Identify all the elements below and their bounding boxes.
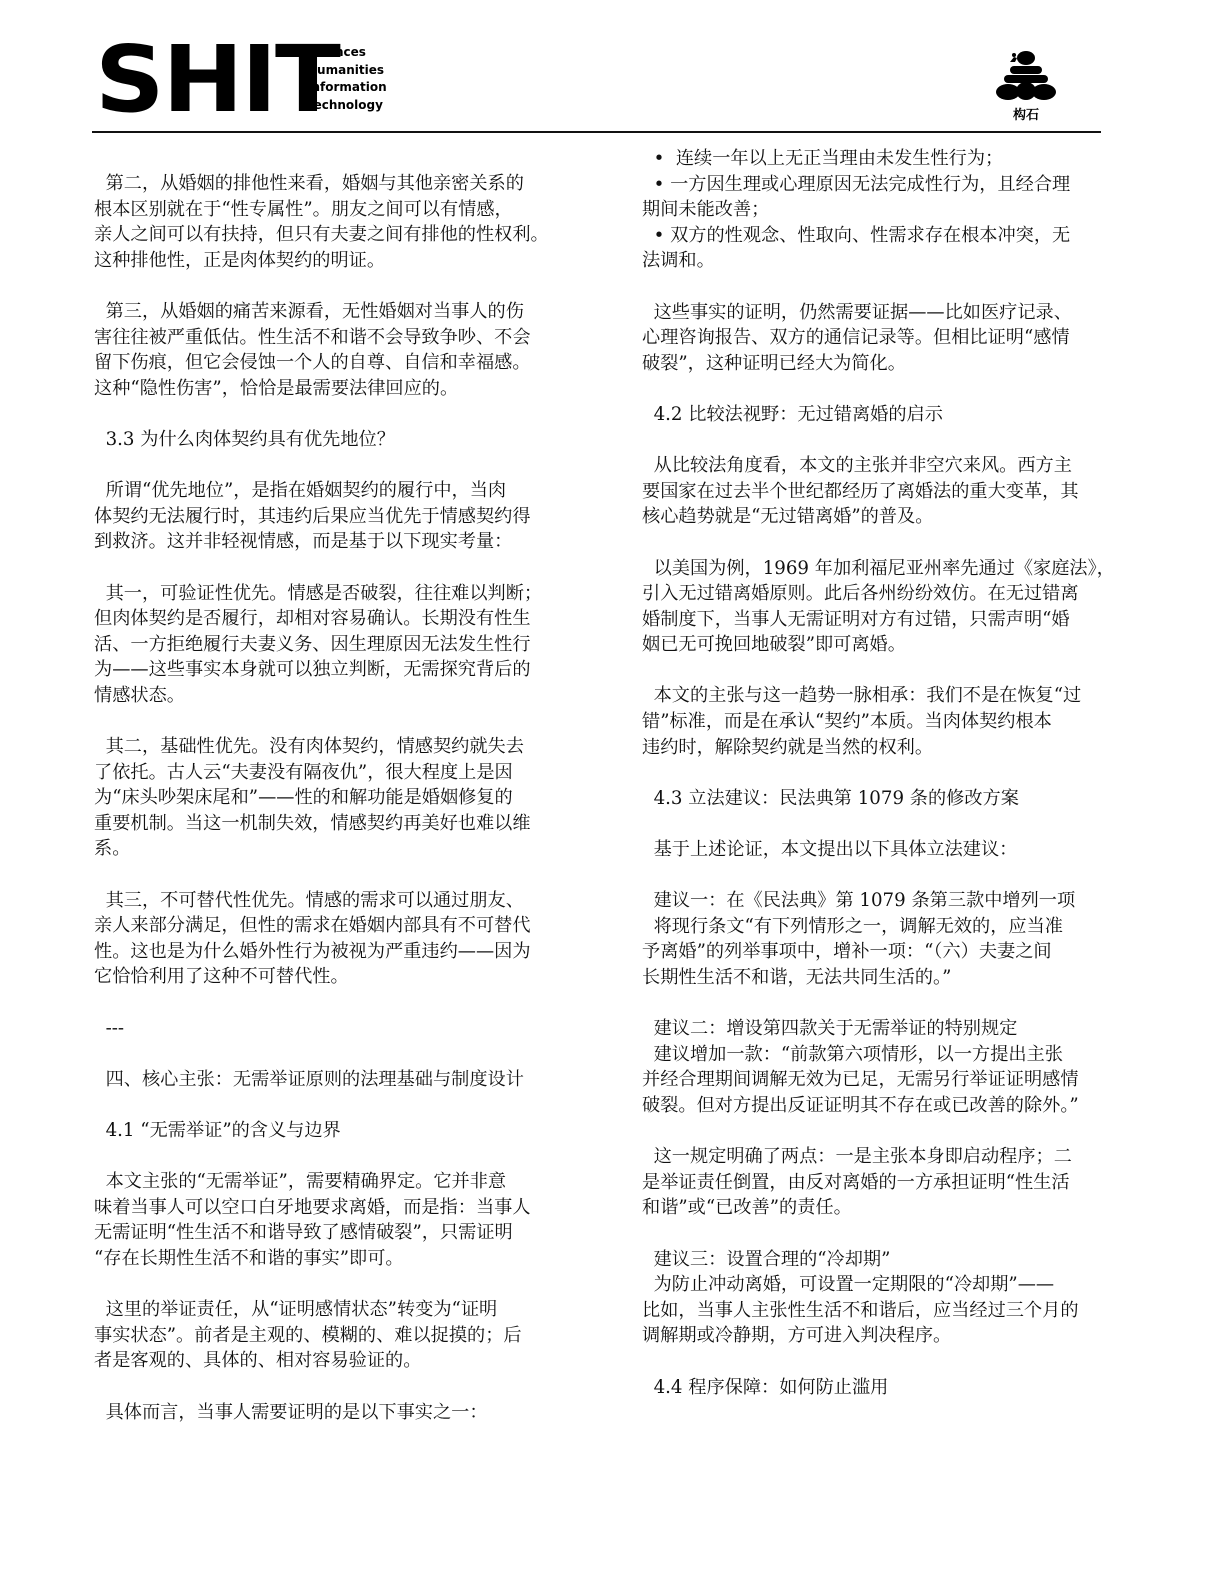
paragraph: 基于上述论证，本文提出以下具体立法建议：	[642, 837, 1132, 863]
paragraph: 本文的主张与这一趋势一脉相承：我们不是在恢复“过错”标准，而是在承认“契约”本质…	[642, 683, 1132, 760]
text-line: 害往往被严重低估。性生活不和谐不会导致争吵、不会	[94, 325, 569, 351]
text-line: • 一方因生理或心理原因无法完成性行为，且经合理	[642, 172, 1132, 198]
text-line: 活、一方拒绝履行夫妻义务、因生理原因无法发生性行	[94, 632, 569, 658]
text-line: 亲人之间可以有扶持，但只有夫妻之间有排他的性权利。	[94, 222, 569, 248]
logo-subtitle-line: Technology	[307, 97, 387, 115]
paragraph: 其二，基础性优先。没有肉体契约，情感契约就失去了依托。古人云“夫妻没有隔夜仇”，…	[94, 734, 569, 862]
text-line: 破裂”，这种证明已经大为简化。	[642, 351, 1132, 377]
emblem: 构石	[990, 44, 1062, 122]
logo-subtitle-line: Information	[307, 79, 387, 97]
section-heading: 4.3 立法建议：民法典第 1079 条的修改方案	[642, 786, 1132, 812]
text-line: 为防止冲动离婚，可设置一定期限的“冷却期”——	[642, 1272, 1132, 1298]
text-line: 建议二：增设第四款关于无需举证的特别规定	[642, 1016, 1132, 1042]
text-line: 其一，可验证性优先。情感是否破裂，往往难以判断；	[94, 581, 569, 607]
text-line: 这种排他性，正是肉体契约的明证。	[94, 248, 569, 274]
text-line: 要国家在过去半个世纪都经历了离婚法的重大变革，其	[642, 479, 1132, 505]
text-line: 核心趋势就是“无过错离婚”的普及。	[642, 504, 1132, 530]
text-line: 破裂。但对方提出反证证明其不存在或已改善的除外。”	[642, 1093, 1132, 1119]
text-line: 事实状态”。前者是主观的、模糊的、难以捉摸的；后	[94, 1323, 569, 1349]
text-line: 性。这也是为什么婚外性行为被视为严重违约——因为	[94, 939, 569, 965]
paragraph: 以美国为例，1969 年加利福尼亚州率先通过《家庭法》，引入无过错离婚原则。此后…	[642, 556, 1132, 658]
paragraph: 其三，不可替代性优先。情感的需求可以通过朋友、亲人来部分满足，但性的需求在婚姻内…	[94, 888, 569, 990]
paragraph: 这一规定明确了两点：一是主张本身即启动程序；二是举证责任倒置，由反对离婚的一方承…	[642, 1144, 1132, 1221]
text-line: 4.1 “无需举证”的含义与边界	[94, 1118, 569, 1144]
paragraph: 这些事实的证明，仍然需要证据——比如医疗记录、心理咨询报告、双方的通信记录等。但…	[642, 300, 1132, 377]
text-line: 第三，从婚姻的痛苦来源看，无性婚姻对当事人的伤	[94, 299, 569, 325]
section-heading: 4.2 比较法视野：无过错离婚的启示	[642, 402, 1132, 428]
text-line: 期间未能改善；	[642, 197, 1132, 223]
paragraph: 这里的举证责任，从“证明感情状态”转变为“证明事实状态”。前者是主观的、模糊的、…	[94, 1297, 569, 1374]
text-line: 建议一：在《民法典》第 1079 条第三款中增列一项	[642, 888, 1132, 914]
paragraph: 第三，从婚姻的痛苦来源看，无性婚姻对当事人的伤害往往被严重低估。性生活不和谐不会…	[94, 299, 569, 401]
text-line: 这里的举证责任，从“证明感情状态”转变为“证明	[94, 1297, 569, 1323]
text-line: 基于上述论证，本文提出以下具体立法建议：	[642, 837, 1132, 863]
text-line: “存在长期性生活不和谐的事实”即可。	[94, 1246, 569, 1272]
text-line: 为——这些事实本身就可以独立判断，无需探究背后的	[94, 657, 569, 683]
section-heading: 4.1 “无需举证”的含义与边界	[94, 1118, 569, 1144]
right-column: • 连续一年以上无正当理由未发生性行为； • 一方因生理或心理原因无法完成性行为…	[642, 146, 1132, 1426]
logo-wordmark: SHIT	[95, 40, 339, 120]
text-line: 比如，当事人主张性生活不和谐后，应当经过三个月的	[642, 1298, 1132, 1324]
section-heading: 3.3 为什么肉体契约具有优先地位？	[94, 427, 569, 453]
separator: ---	[94, 1016, 569, 1042]
text-line: 其二，基础性优先。没有肉体契约，情感契约就失去	[94, 734, 569, 760]
text-line: 从比较法角度看，本文的主张并非空穴来风。西方主	[642, 453, 1132, 479]
text-line: 引入无过错离婚原则。此后各州纷纷效仿。在无过错离	[642, 581, 1132, 607]
text-line: 体契约无法履行时，其违约后果应当优先于情感契约得	[94, 504, 569, 530]
section-heading: 4.4 程序保障：如何防止滥用	[642, 1375, 1132, 1401]
text-line: 其三，不可替代性优先。情感的需求可以通过朋友、	[94, 888, 569, 914]
text-line: 无需证明“性生活不和谐导致了感情破裂”，只需证明	[94, 1220, 569, 1246]
text-line: 予离婚”的列举事项中，增补一项：“（六）夫妻之间	[642, 939, 1132, 965]
text-line: 所谓“优先地位”，是指在婚姻契约的履行中，当肉	[94, 478, 569, 504]
text-line: 第二，从婚姻的排他性来看，婚姻与其他亲密关系的	[94, 171, 569, 197]
text-line: 和谐”或“已改善”的责任。	[642, 1195, 1132, 1221]
section-heading: 四、核心主张：无需举证原则的法理基础与制度设计	[94, 1067, 569, 1093]
text-line: 建议三：设置合理的“冷却期”	[642, 1247, 1132, 1273]
paragraph: 建议三：设置合理的“冷却期” 为防止冲动离婚，可设置一定期限的“冷却期”——比如…	[642, 1247, 1132, 1349]
text-line: 以美国为例，1969 年加利福尼亚州率先通过《家庭法》，	[642, 556, 1132, 582]
text-line: ---	[94, 1016, 569, 1042]
paragraph: 其一，可验证性优先。情感是否破裂，往往难以判断；但肉体契约是否履行，却相对容易确…	[94, 581, 569, 709]
text-line: 并经合理期间调解无效为已足，无需另行举证证明感情	[642, 1067, 1132, 1093]
text-line: 这种“隐性伤害”，恰恰是最需要法律回应的。	[94, 376, 569, 402]
text-line: 味着当事人可以空口白牙地要求离婚，而是指：当事人	[94, 1195, 569, 1221]
text-line: 4.3 立法建议：民法典第 1079 条的修改方案	[642, 786, 1132, 812]
logo-subtitle-line: Humanities	[307, 62, 387, 80]
paragraph: 第二，从婚姻的排他性来看，婚姻与其他亲密关系的根本区别就在于“性专属性”。朋友之…	[94, 171, 569, 273]
header-divider	[92, 131, 1101, 133]
text-line: 了依托。古人云“夫妻没有隔夜仇”，很大程度上是因	[94, 760, 569, 786]
text-line: • 双方的性观念、性取向、性需求存在根本冲突，无	[642, 223, 1132, 249]
text-line: 这些事实的证明，仍然需要证据——比如医疗记录、	[642, 300, 1132, 326]
emblem-label: 构石	[990, 104, 1062, 123]
text-line: 根本区别就在于“性专属性”。朋友之间可以有情感，	[94, 197, 569, 223]
text-line: 到救济。这并非轻视情感，而是基于以下现实考量：	[94, 529, 569, 555]
text-line: 婚制度下，当事人无需证明对方有过错，只需声明“婚	[642, 607, 1132, 633]
bullet-list: • 连续一年以上无正当理由未发生性行为； • 一方因生理或心理原因无法完成性行为…	[642, 146, 1132, 274]
text-line: 4.4 程序保障：如何防止滥用	[642, 1375, 1132, 1401]
text-line: 亲人来部分满足，但性的需求在婚姻内部具有不可替代	[94, 913, 569, 939]
text-line: 为“床头吵架床尾和”——性的和解功能是婚姻修复的	[94, 785, 569, 811]
paragraph: 建议一：在《民法典》第 1079 条第三款中增列一项 将现行条文“有下列情形之一…	[642, 888, 1132, 990]
text-line: 4.2 比较法视野：无过错离婚的启示	[642, 402, 1132, 428]
text-line: 留下伤痕，但它会侵蚀一个人的自尊、自信和幸福感。	[94, 350, 569, 376]
text-line: 违约时，解除契约就是当然的权利。	[642, 735, 1132, 761]
paragraph: 建议二：增设第四款关于无需举证的特别规定 建议增加一款：“前款第六项情形，以一方…	[642, 1016, 1132, 1118]
left-column: 第二，从婚姻的排他性来看，婚姻与其他亲密关系的根本区别就在于“性专属性”。朋友之…	[94, 171, 569, 1451]
logo-subtitle: Sciences Humanities Information Technolo…	[307, 44, 387, 114]
text-line: 系。	[94, 836, 569, 862]
text-line: 这一规定明确了两点：一是主张本身即启动程序；二	[642, 1144, 1132, 1170]
text-line: 错”标准，而是在承认“契约”本质。当肉体契约根本	[642, 709, 1132, 735]
paragraph: 具体而言，当事人需要证明的是以下事实之一：	[94, 1400, 569, 1426]
logo-subtitle-line: Sciences	[307, 44, 387, 62]
text-line: 心理咨询报告、双方的通信记录等。但相比证明“感情	[642, 325, 1132, 351]
text-line: 它恰恰利用了这种不可替代性。	[94, 964, 569, 990]
text-line: 长期性生活不和谐，无法共同生活的。”	[642, 965, 1132, 991]
paragraph: 所谓“优先地位”，是指在婚姻契约的履行中，当肉体契约无法履行时，其违约后果应当优…	[94, 478, 569, 555]
paragraph: 本文主张的“无需举证”，需要精确界定。它并非意味着当事人可以空口白牙地要求离婚，…	[94, 1169, 569, 1271]
text-line: 本文主张的“无需举证”，需要精确界定。它并非意	[94, 1169, 569, 1195]
text-line: 建议增加一款：“前款第六项情形，以一方提出主张	[642, 1042, 1132, 1068]
text-line: 法调和。	[642, 248, 1132, 274]
text-line: 姻已无可挽回地破裂”即可离婚。	[642, 632, 1132, 658]
text-line: 本文的主张与这一趋势一脉相承：我们不是在恢复“过	[642, 683, 1132, 709]
text-line: 将现行条文“有下列情形之一，调解无效的，应当准	[642, 914, 1132, 940]
text-line: 调解期或冷静期，方可进入判决程序。	[642, 1323, 1132, 1349]
text-line: 具体而言，当事人需要证明的是以下事实之一：	[94, 1400, 569, 1426]
text-line: • 连续一年以上无正当理由未发生性行为；	[642, 146, 1132, 172]
stone-pile-icon	[990, 44, 1062, 104]
text-line: 情感状态。	[94, 683, 569, 709]
text-line: 重要机制。当这一机制失效，情感契约再美好也难以维	[94, 811, 569, 837]
text-line: 者是客观的、具体的、相对容易验证的。	[94, 1348, 569, 1374]
text-line: 是举证责任倒置，由反对离婚的一方承担证明“性生活	[642, 1170, 1132, 1196]
paragraph: 从比较法角度看，本文的主张并非空穴来风。西方主要国家在过去半个世纪都经历了离婚法…	[642, 453, 1132, 530]
text-line: 四、核心主张：无需举证原则的法理基础与制度设计	[94, 1067, 569, 1093]
text-line: 但肉体契约是否履行，却相对容易确认。长期没有性生	[94, 606, 569, 632]
text-line: 3.3 为什么肉体契约具有优先地位？	[94, 427, 569, 453]
